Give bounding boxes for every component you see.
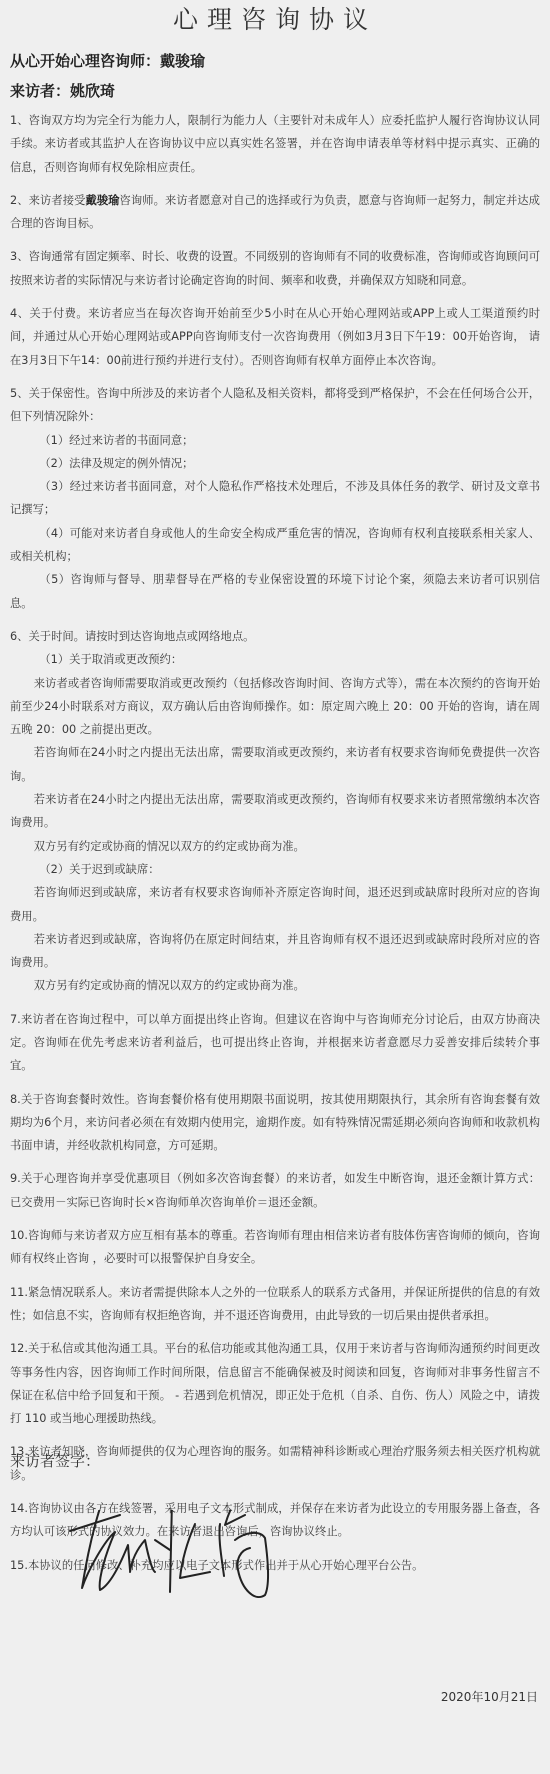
clause-4: 4、关于付费。来访者应当在每次咨询开始前至少5小时在从心开始心理网站或APP上或…: [10, 302, 540, 372]
clause-6: 6、关于时间。请按时到达咨询地点或网络地点。 （1）关于取消或更改预约： 来访者…: [10, 625, 540, 998]
visitor-line: 来访者：姚欣琦: [10, 80, 115, 102]
clause-5-intro: 5、关于保密性。咨询中所涉及的来访者个人隐私及相关资料，都将受到严格保护，不会在…: [10, 387, 540, 423]
clause-2-prefix: 2、来访者接受: [10, 194, 85, 207]
clause-5: 5、关于保密性。咨询中所涉及的来访者个人隐私及相关资料，都将受到严格保护，不会在…: [10, 382, 540, 615]
clause-10: 10.咨询师与来访者双方应互相有基本的尊重。若咨询师有理由相信来访者有肢体伤害咨…: [10, 1224, 540, 1271]
clause-6-sub1-item-4: 双方另有约定或协商的情况以双方的约定或协商为准。: [10, 835, 540, 858]
clause-6-sub1-item-2: 若咨询师在24小时之内提出无法出席，需要取消或更改预约，来访者有权要求咨询师免费…: [10, 741, 540, 788]
signing-date: 2020年10月21日: [441, 1688, 538, 1705]
clause-5-item-3: （3）经过来访者书面同意，对个人隐私作严格技术处理后，不涉及具体任务的教学、研讨…: [10, 475, 540, 522]
clause-12: 12.关于私信或其他沟通工具。平台的私信功能或其他沟通工具，仅用于来访者与咨询师…: [10, 1337, 540, 1430]
document-title: 心理咨询协议: [0, 2, 550, 38]
signature-label: 来访者签字：: [10, 1450, 100, 1471]
clause-2-counselor-name: 戴骏瑜: [85, 194, 119, 207]
clause-6-sub2-item-3: 双方另有约定或协商的情况以双方的约定或协商为准。: [10, 974, 540, 997]
clause-5-item-1: （1）经过来访者的书面同意；: [10, 429, 540, 452]
clause-1: 1、咨询双方均为完全行为能力人，限制行为能力人（主要针对未成年人）应委托监护人履…: [10, 109, 540, 179]
clause-3: 3、咨询通常有固定频率、时长、收费的设置。不同级别的咨询师有不同的收费标准，咨询…: [10, 245, 540, 292]
handwritten-signature: [60, 1510, 290, 1660]
agreement-page: 心理咨询协议 从心开始心理咨询师：戴骏瑜 来访者：姚欣琦 1、咨询双方均为完全行…: [0, 0, 550, 1774]
clause-5-item-4: （4）可能对来访者自身或他人的生命安全构成严重危害的情况，咨询师有权利直接联系相…: [10, 522, 540, 569]
clause-6-sub1-item-1: 来访者或者咨询师需要取消或更改预约（包括修改咨询时间、咨询方式等），需在本次预约…: [10, 672, 540, 742]
clause-6-intro: 6、关于时间。请按时到达咨询地点或网络地点。: [10, 630, 254, 643]
counselor-line: 从心开始心理咨询师：戴骏瑜: [10, 50, 205, 72]
clause-11: 11.紧急情况联系人。来访者需提供除本人之外的一位联系人的联系方式备用，并保证所…: [10, 1281, 540, 1328]
clause-6-sub1-heading: （1）关于取消或更改预约：: [10, 648, 540, 671]
clause-7: 7.来访者在咨询过程中，可以单方面提出终止咨询。但建议在咨询中与咨询师充分讨论后…: [10, 1008, 540, 1078]
clause-6-sub2-item-2: 若来访者迟到或缺席，咨询将仍在原定时间结束，并且咨询师有权不退还迟到或缺席时段所…: [10, 928, 540, 975]
clause-8: 8.关于咨询套餐时效性。咨询套餐价格有使用期限书面说明，按其使用期限执行，其余所…: [10, 1088, 540, 1158]
clause-5-item-5: （5）咨询师与督导、朋辈督导在严格的专业保密设置的环境下讨论个案，须隐去来访者可…: [10, 568, 540, 615]
clause-6-sub2-heading: （2）关于迟到或缺席：: [10, 858, 540, 881]
clause-5-item-2: （2）法律及规定的例外情况；: [10, 452, 540, 475]
clause-6-sub1-item-3: 若来访者在24小时之内提出无法出席，需要取消或更改预约，咨询师有权要求来访者照常…: [10, 788, 540, 835]
agreement-body: 1、咨询双方均为完全行为能力人，限制行为能力人（主要针对未成年人）应委托监护人履…: [10, 109, 540, 1587]
clause-9: 9.关于心理咨询并享受优惠项目（例如多次咨询套餐）的来访者，如发生中断咨询，退还…: [10, 1167, 540, 1214]
clause-6-sub2-item-1: 若咨询师迟到或缺席，来访者有权要求咨询师补齐原定咨询时间，退还迟到或缺席时段所对…: [10, 881, 540, 928]
clause-2: 2、来访者接受戴骏瑜咨询师。来访者愿意对自己的选择或行为负责，愿意与咨询师一起努…: [10, 189, 540, 236]
